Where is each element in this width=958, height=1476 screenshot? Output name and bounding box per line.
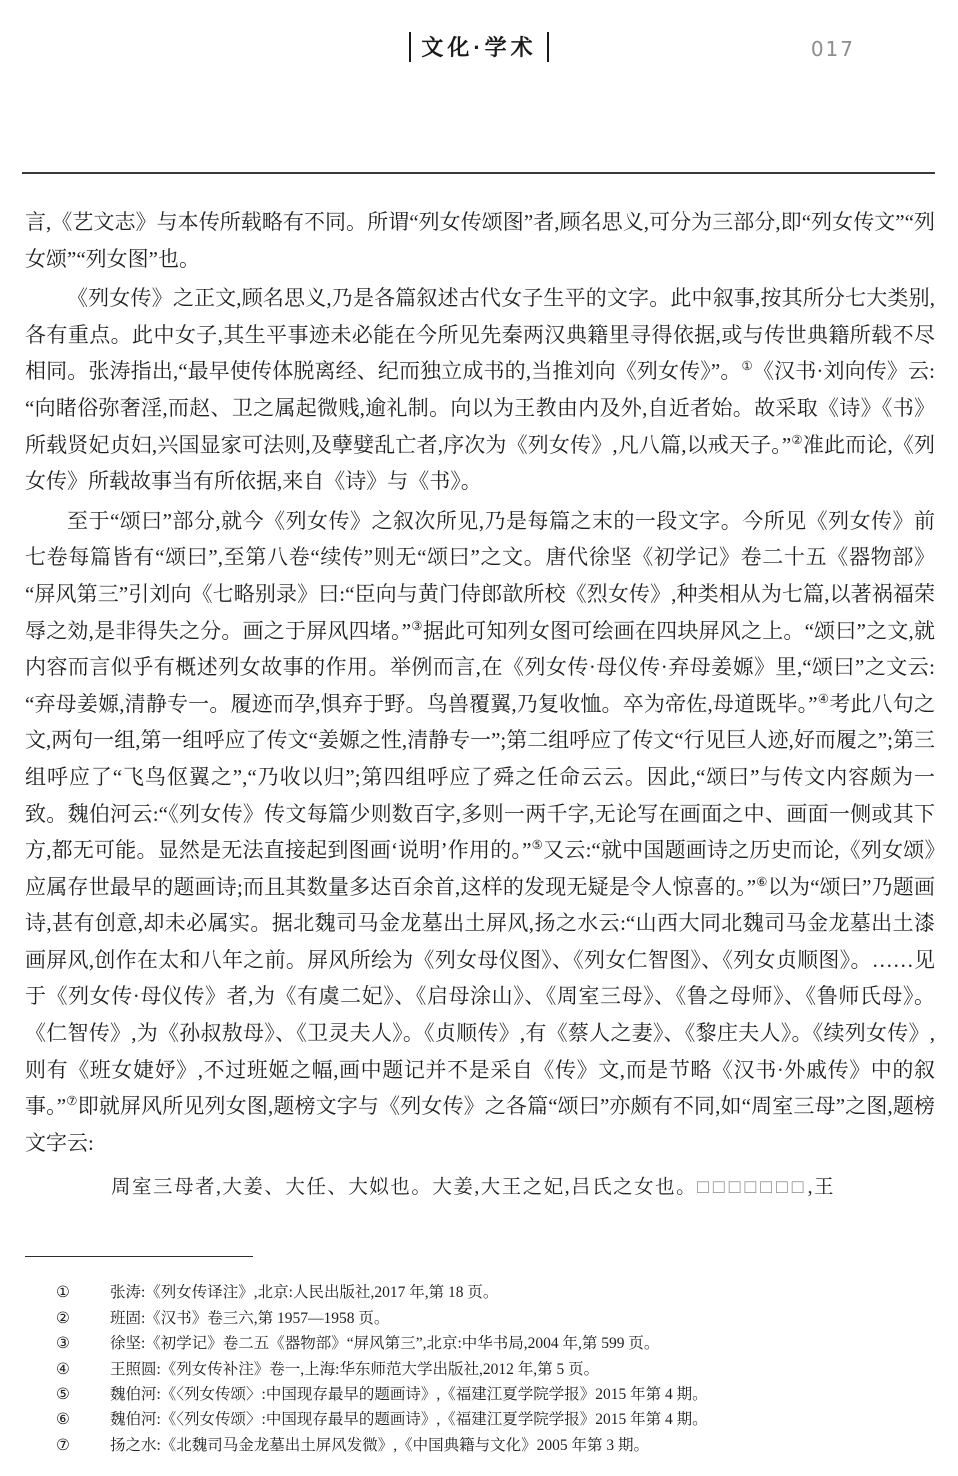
footnote-marker: ④: [56, 1357, 110, 1382]
section-title-text: 文化·学术: [421, 31, 536, 62]
paragraph-3: 至于“颂曰”部分,就今《列女传》之叙次所见,乃是每篇之末的一段文字。今所见《列女…: [25, 503, 935, 1162]
footnote-item: ⑥ 魏伯河:《〈列女传颂〉:中国现存最早的题画诗》,《福建江夏学院学报》2015…: [25, 1407, 935, 1432]
footnote-item: ③ 徐坚:《初学记》卷二五《器物部》“屏风第三”,北京:中华书局,2004 年,…: [25, 1331, 935, 1356]
block-quote: 周室三母者,大姜、大任、大姒也。大姜,大王之妃,吕氏之女也。□□□□□□□,王: [25, 1170, 935, 1207]
footnote-marker: ③: [56, 1331, 110, 1356]
footnote-item: ② 班固:《汉书》卷三六,第 1957—1958 页。: [25, 1306, 935, 1331]
footnote-marker: ①: [56, 1280, 110, 1305]
book-page: 文化·学术 017 言,《艺文志》与本传所载略有不同。所谓“列女传颂图”者,顾名…: [0, 0, 958, 1476]
article-body: 言,《艺文志》与本传所载略有不同。所谓“列女传颂图”者,顾名思义,可分为三部分,…: [25, 204, 935, 1207]
footnote-text: 徐坚:《初学记》卷二五《器物部》“屏风第三”,北京:中华书局,2004 年,第 …: [110, 1331, 935, 1356]
paragraph-2: 《列女传》之正文,顾名思义,乃是各篇叙述古代女子生平的文字。此中叙事,按其所分七…: [25, 280, 935, 500]
quote-text: 周室三母者,大姜、大任、大姒也。大姜,大王之妃,吕氏之女也。: [111, 1177, 697, 1198]
paragraph-1: 言,《艺文志》与本传所载略有不同。所谓“列女传颂图”者,顾名思义,可分为三部分,…: [25, 204, 935, 277]
footnote-marker: ⑦: [56, 1433, 110, 1458]
redacted-boxes: □□□□□□□: [697, 1177, 807, 1198]
footnotes-section: ① 张涛:《列女传译注》,北京:人民出版社,2017 年,第 18 页。 ② 班…: [25, 1256, 935, 1458]
header-divider: [22, 172, 935, 174]
title-right-bar-icon: [547, 32, 549, 62]
footnote-item: ⑦ 扬之水:《北魏司马金龙墓出土屏风发微》,《中国典籍与文化》2005 年第 3…: [25, 1433, 935, 1458]
footnote-marker: ⑥: [56, 1407, 110, 1432]
footnote-text: 扬之水:《北魏司马金龙墓出土屏风发微》,《中国典籍与文化》2005 年第 3 期…: [110, 1433, 935, 1458]
footnote-item: ⑤ 魏伯河:《〈列女传颂〉:中国现存最早的题画诗》,《福建江夏学院学报》2015…: [25, 1382, 935, 1407]
footnote-item: ④ 王照圆:《列女传补注》卷一,上海:华东师范大学出版社,2012 年,第 5 …: [25, 1357, 935, 1382]
footnote-list: ① 张涛:《列女传译注》,北京:人民出版社,2017 年,第 18 页。 ② 班…: [25, 1280, 935, 1458]
footnote-text: 王照圆:《列女传补注》卷一,上海:华东师范大学出版社,2012 年,第 5 页。: [110, 1357, 935, 1382]
footnote-text: 张涛:《列女传译注》,北京:人民出版社,2017 年,第 18 页。: [110, 1280, 935, 1305]
footnote-divider: [25, 1256, 253, 1257]
footnote-marker: ⑤: [56, 1382, 110, 1407]
footnote-text: 班固:《汉书》卷三六,第 1957—1958 页。: [110, 1306, 935, 1331]
title-left-bar-icon: [409, 32, 411, 62]
footnote-text: 魏伯河:《〈列女传颂〉:中国现存最早的题画诗》,《福建江夏学院学报》2015 年…: [110, 1382, 935, 1407]
footnote-marker: ②: [56, 1306, 110, 1331]
footnote-text: 魏伯河:《〈列女传颂〉:中国现存最早的题画诗》,《福建江夏学院学报》2015 年…: [110, 1407, 935, 1432]
footnote-item: ① 张涛:《列女传译注》,北京:人民出版社,2017 年,第 18 页。: [25, 1280, 935, 1305]
page-number: 017: [811, 37, 855, 61]
quote-text-tail: ,王: [808, 1177, 835, 1198]
